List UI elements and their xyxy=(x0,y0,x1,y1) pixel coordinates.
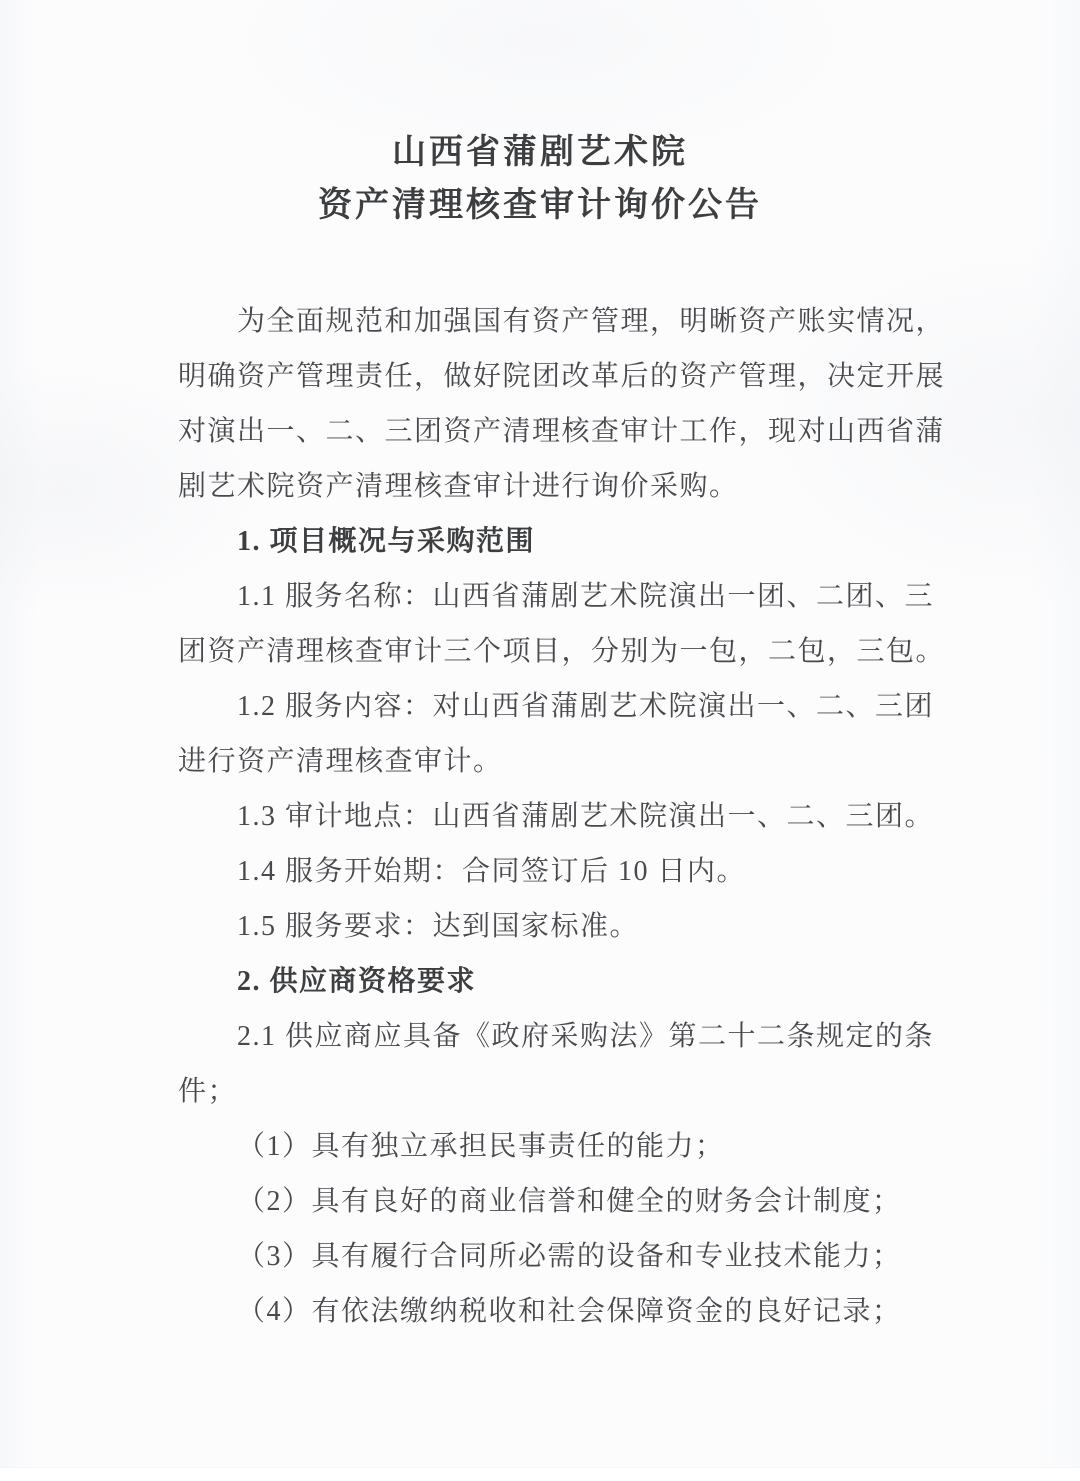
text-line: （3）具有履行合同所必需的设备和专业技术能力； xyxy=(0,1229,1080,1284)
section-heading-line: 2. 供应商资格要求 xyxy=(0,954,1080,1009)
text-line: 1.4 服务开始期：合同签订后 10 日内。 xyxy=(0,844,1080,899)
text-line: 1.1 服务名称：山西省蒲剧艺术院演出一团、二团、三 xyxy=(0,569,1080,624)
text-line: （1）具有独立承担民事责任的能力； xyxy=(0,1119,1080,1174)
text-line: 2.1 供应商应具备《政府采购法》第二十二条规定的条 xyxy=(0,1009,1080,1064)
document-body: 为全面规范和加强国有资产管理，明晰资产账实情况，明确资产管理责任，做好院团改革后… xyxy=(0,294,1080,1339)
text-line: 团资产清理核查审计三个项目，分别为一包，二包，三包。 xyxy=(0,624,1080,679)
text-line: 进行资产清理核查审计。 xyxy=(0,734,1080,789)
scan-page-bottom-edge xyxy=(0,1467,1080,1481)
document-title-line-1: 山西省蒲剧艺术院 xyxy=(0,126,1080,179)
text-line: （2）具有良好的商业信誉和健全的财务会计制度； xyxy=(0,1174,1080,1229)
text-line: 1.5 服务要求：达到国家标准。 xyxy=(0,899,1080,954)
text-line: 件； xyxy=(0,1064,1080,1119)
text-line: 对演出一、二、三团资产清理核查审计工作，现对山西省蒲 xyxy=(0,404,1080,459)
section-heading-line: 1. 项目概况与采购范围 xyxy=(0,514,1080,569)
text-line: 1.3 审计地点：山西省蒲剧艺术院演出一、二、三团。 xyxy=(0,789,1080,844)
text-line: 1.2 服务内容：对山西省蒲剧艺术院演出一、二、三团 xyxy=(0,679,1080,734)
text-line: 明确资产管理责任，做好院团改革后的资产管理，决定开展 xyxy=(0,349,1080,404)
text-line: （4）有依法缴纳税收和社会保障资金的良好记录； xyxy=(0,1284,1080,1339)
document-title: 山西省蒲剧艺术院 资产清理核查审计询价公告 xyxy=(0,0,1080,232)
document-title-line-2: 资产清理核查审计询价公告 xyxy=(0,179,1080,232)
text-line: 剧艺术院资产清理核查审计进行询价采购。 xyxy=(0,459,1080,514)
text-line: 为全面规范和加强国有资产管理，明晰资产账实情况， xyxy=(0,294,1080,349)
scanned-document-page: 山西省蒲剧艺术院 资产清理核查审计询价公告 为全面规范和加强国有资产管理，明晰资… xyxy=(0,0,1080,1481)
